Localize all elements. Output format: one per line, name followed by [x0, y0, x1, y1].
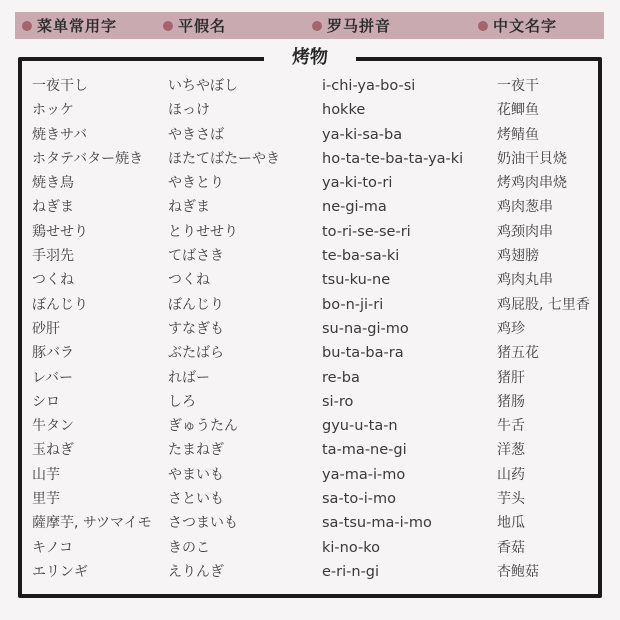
column-header-item: 平假名: [163, 12, 226, 39]
japanese-cell: 山芋: [32, 463, 168, 487]
romaji-cell: ne-gi-ma: [322, 195, 497, 219]
chinese-cell: 芋头: [497, 487, 598, 511]
chinese-cell: 鸡肉丸串: [497, 268, 598, 292]
column-header-label: 罗马拼音: [327, 15, 391, 36]
hiragana-cell: さつまいも: [168, 511, 322, 535]
hiragana-cell: てばさき: [168, 244, 322, 268]
hiragana-cell: ほたてばたーやき: [168, 147, 322, 171]
romaji-cell: sa-to-i-mo: [322, 487, 497, 511]
chinese-cell: 猪肝: [497, 366, 598, 390]
chinese-cell: 牛舌: [497, 414, 598, 438]
column-header-item: 菜单常用字: [22, 12, 117, 39]
romaji-cell: bo-n-ji-ri: [322, 293, 497, 317]
bullet-icon: [312, 21, 322, 31]
japanese-cell: つくね: [32, 268, 168, 292]
vocab-table: 一夜干しいちやぼしi-chi-ya-bo-si一夜干ホッケほっけhokke花鲫鱼…: [22, 61, 598, 594]
romaji-cell: ho-ta-te-ba-ta-ya-ki: [322, 147, 497, 171]
table-row: 鶏せせりとりせせりto-ri-se-se-ri鸡颈肉串: [22, 220, 598, 244]
japanese-cell: ホタテバター焼き: [32, 147, 168, 171]
hiragana-cell: えりんぎ: [168, 560, 322, 584]
romaji-cell: re-ba: [322, 366, 497, 390]
hiragana-cell: きのこ: [168, 536, 322, 560]
romaji-cell: tsu-ku-ne: [322, 268, 497, 292]
bullet-icon: [478, 21, 488, 31]
japanese-cell: ねぎま: [32, 195, 168, 219]
hiragana-cell: ぼんじり: [168, 293, 322, 317]
hiragana-cell: すなぎも: [168, 317, 322, 341]
romaji-cell: ya-ki-to-ri: [322, 171, 497, 195]
japanese-cell: 玉ねぎ: [32, 438, 168, 462]
table-row: レバーればーre-ba猪肝: [22, 366, 598, 390]
chinese-cell: 鸡屁股, 七里香: [497, 293, 598, 317]
hiragana-cell: ほっけ: [168, 98, 322, 122]
chinese-cell: 香菇: [497, 536, 598, 560]
table-row: 砂肝すなぎもsu-na-gi-mo鸡珍: [22, 317, 598, 341]
japanese-cell: 焼きサバ: [32, 123, 168, 147]
column-header-item: 罗马拼音: [312, 12, 391, 39]
romaji-cell: sa-tsu-ma-i-mo: [322, 511, 497, 535]
romaji-cell: ki-no-ko: [322, 536, 497, 560]
table-row: 一夜干しいちやぼしi-chi-ya-bo-si一夜干: [22, 74, 598, 98]
table-row: 焼きサバやきさばya-ki-sa-ba烤鲭鱼: [22, 123, 598, 147]
chinese-cell: 花鲫鱼: [497, 98, 598, 122]
chinese-cell: 奶油干貝烧: [497, 147, 598, 171]
bullet-icon: [22, 21, 32, 31]
japanese-cell: シロ: [32, 390, 168, 414]
japanese-cell: 薩摩芋, サツマイモ: [32, 511, 168, 535]
hiragana-cell: とりせせり: [168, 220, 322, 244]
romaji-cell: su-na-gi-mo: [322, 317, 497, 341]
chinese-cell: 杏鲍菇: [497, 560, 598, 584]
japanese-cell: 牛タン: [32, 414, 168, 438]
chinese-cell: 地瓜: [497, 511, 598, 535]
chinese-cell: 一夜干: [497, 74, 598, 98]
hiragana-cell: さといも: [168, 487, 322, 511]
table-row: ホタテバター焼きほたてばたーやきho-ta-te-ba-ta-ya-ki奶油干貝…: [22, 147, 598, 171]
column-header-bar: 菜单常用字平假名罗马拼音中文名字: [15, 12, 604, 39]
grilled-food-panel: 烤物 一夜干しいちやぼしi-chi-ya-bo-si一夜干ホッケほっけhokke…: [18, 57, 602, 598]
chinese-cell: 猪五花: [497, 341, 598, 365]
table-row: ねぎまねぎまne-gi-ma鸡肉葱串: [22, 195, 598, 219]
japanese-cell: エリンギ: [32, 560, 168, 584]
hiragana-cell: いちやぼし: [168, 74, 322, 98]
hiragana-cell: つくね: [168, 268, 322, 292]
hiragana-cell: しろ: [168, 390, 322, 414]
chinese-cell: 烤鲭鱼: [497, 123, 598, 147]
column-header-label: 平假名: [178, 15, 226, 36]
chinese-cell: 猪肠: [497, 390, 598, 414]
hiragana-cell: やきとり: [168, 171, 322, 195]
japanese-cell: 一夜干し: [32, 74, 168, 98]
bullet-icon: [163, 21, 173, 31]
table-row: シロしろsi-ro猪肠: [22, 390, 598, 414]
chinese-cell: 山药: [497, 463, 598, 487]
romaji-cell: gyu-u-ta-n: [322, 414, 497, 438]
table-row: 薩摩芋, サツマイモさつまいもsa-tsu-ma-i-mo地瓜: [22, 511, 598, 535]
japanese-cell: ホッケ: [32, 98, 168, 122]
table-row: 焼き鳥やきとりya-ki-to-ri烤鸡肉串烧: [22, 171, 598, 195]
romaji-cell: i-chi-ya-bo-si: [322, 74, 497, 98]
romaji-cell: e-ri-n-gi: [322, 560, 497, 584]
japanese-cell: 焼き鳥: [32, 171, 168, 195]
japanese-cell: 豚バラ: [32, 341, 168, 365]
romaji-cell: ya-ma-i-mo: [322, 463, 497, 487]
chinese-cell: 鸡珍: [497, 317, 598, 341]
table-row: 里芋さといもsa-to-i-mo芋头: [22, 487, 598, 511]
table-row: 山芋やまいもya-ma-i-mo山药: [22, 463, 598, 487]
hiragana-cell: ねぎま: [168, 195, 322, 219]
table-row: 手羽先てばさきte-ba-sa-ki鸡翅膀: [22, 244, 598, 268]
chinese-cell: 鸡肉葱串: [497, 195, 598, 219]
table-row: キノコきのこki-no-ko香菇: [22, 536, 598, 560]
column-header-item: 中文名字: [478, 12, 557, 39]
hiragana-cell: やきさば: [168, 123, 322, 147]
japanese-cell: 鶏せせり: [32, 220, 168, 244]
chinese-cell: 鸡颈肉串: [497, 220, 598, 244]
hiragana-cell: ぎゅうたん: [168, 414, 322, 438]
table-row: つくねつくねtsu-ku-ne鸡肉丸串: [22, 268, 598, 292]
romaji-cell: hokke: [322, 98, 497, 122]
romaji-cell: to-ri-se-se-ri: [322, 220, 497, 244]
japanese-cell: レバー: [32, 366, 168, 390]
romaji-cell: si-ro: [322, 390, 497, 414]
table-row: 玉ねぎたまねぎta-ma-ne-gi洋葱: [22, 438, 598, 462]
chinese-cell: 烤鸡肉串烧: [497, 171, 598, 195]
japanese-cell: 砂肝: [32, 317, 168, 341]
column-header-label: 中文名字: [493, 15, 557, 36]
chinese-cell: 鸡翅膀: [497, 244, 598, 268]
hiragana-cell: ればー: [168, 366, 322, 390]
table-row: ぼんじりぼんじりbo-n-ji-ri鸡屁股, 七里香: [22, 293, 598, 317]
table-row: エリンギえりんぎe-ri-n-gi杏鲍菇: [22, 560, 598, 584]
column-header-label: 菜单常用字: [37, 15, 117, 36]
hiragana-cell: ぶたばら: [168, 341, 322, 365]
japanese-cell: キノコ: [32, 536, 168, 560]
hiragana-cell: やまいも: [168, 463, 322, 487]
chinese-cell: 洋葱: [497, 438, 598, 462]
table-row: 牛タンぎゅうたんgyu-u-ta-n牛舌: [22, 414, 598, 438]
hiragana-cell: たまねぎ: [168, 438, 322, 462]
japanese-cell: 里芋: [32, 487, 168, 511]
romaji-cell: bu-ta-ba-ra: [322, 341, 497, 365]
romaji-cell: ta-ma-ne-gi: [322, 438, 497, 462]
table-row: 豚バラぶたばらbu-ta-ba-ra猪五花: [22, 341, 598, 365]
romaji-cell: ya-ki-sa-ba: [322, 123, 497, 147]
romaji-cell: te-ba-sa-ki: [322, 244, 497, 268]
japanese-cell: 手羽先: [32, 244, 168, 268]
japanese-cell: ぼんじり: [32, 293, 168, 317]
table-row: ホッケほっけhokke花鲫鱼: [22, 98, 598, 122]
